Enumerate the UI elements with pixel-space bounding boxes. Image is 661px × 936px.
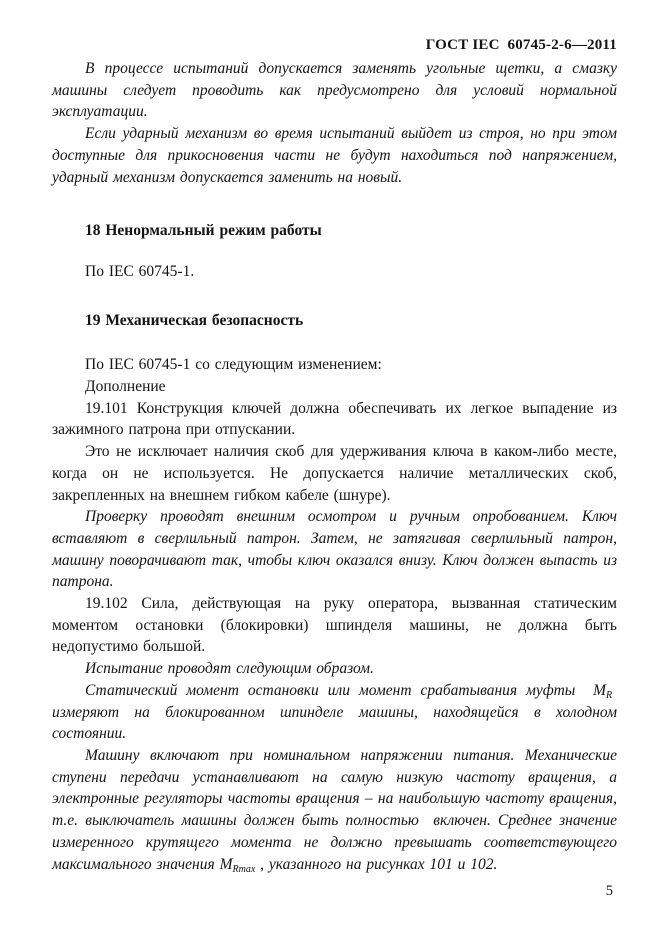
paragraph-machine-on: Машину включают при номинальном напряжен… (52, 745, 617, 875)
symbol-subscript-rmax: Rmax (233, 864, 256, 875)
paragraph-check-procedure: Проверку проводят внешним осмотром и руч… (52, 506, 617, 593)
paragraph-clips: Это не исключает наличия скоб для удержи… (52, 441, 617, 506)
document-body: В процессе испытаний допускается заменят… (52, 58, 617, 875)
page-number: 5 (606, 883, 613, 900)
paragraph-static-torque: Статический момент остановки или момент … (52, 680, 617, 745)
paragraph-ref-iec-19: По IEC 60745-1 со следующим изменением: (52, 354, 617, 376)
standard-number-header: ГОСТ IEC 60745-2-6—2011 (52, 36, 617, 54)
paragraph-addition: Дополнение (52, 376, 617, 398)
paragraph-19-102: 19.102 Сила, действующая на руку операто… (52, 593, 617, 658)
paragraph-test-intro: Испытание проводят следующим образом. (52, 658, 617, 680)
machine-on-text-before: Машину включают при номинальном напряжен… (52, 747, 617, 873)
section-heading-18: 18 Ненормальный режим работы (52, 220, 617, 242)
paragraph-19-101: 19.101 Конструкция ключей должна обеспеч… (52, 398, 617, 441)
paragraph-brush-replacement: В процессе испытаний допускается заменят… (52, 58, 617, 123)
document-page: ГОСТ IEC 60745-2-6—2011 В процессе испыт… (0, 0, 661, 936)
paragraph-ref-iec-18: По IEC 60745-1. (52, 261, 617, 283)
static-torque-text-before: Статический момент остановки или момент … (85, 682, 606, 699)
machine-on-text-after: , указанного на рисунках 101 и 102. (255, 856, 497, 873)
section-heading-19: 19 Механическая безопасность (52, 310, 617, 332)
paragraph-impact-mechanism: Если ударный механизм во время испытаний… (52, 123, 617, 188)
